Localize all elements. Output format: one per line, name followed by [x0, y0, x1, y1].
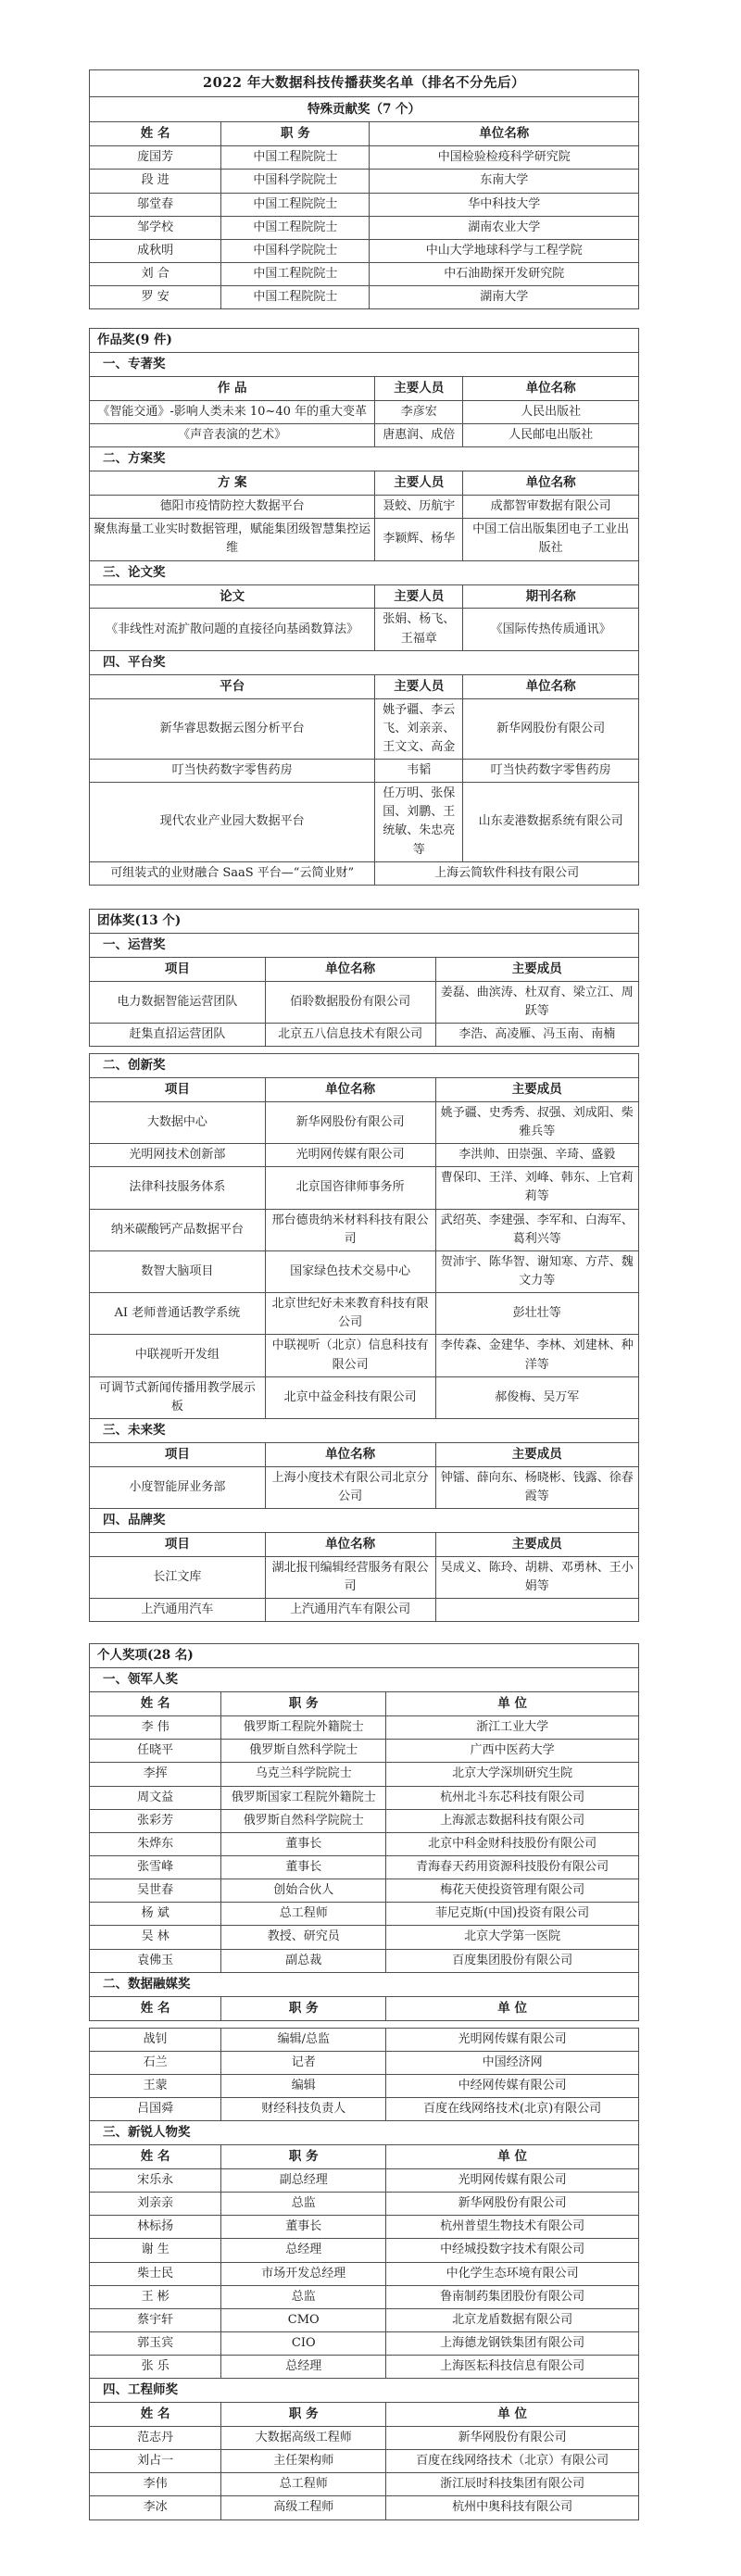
- cell-role: 俄罗斯自然科学院院士: [221, 1809, 386, 1832]
- cell-organization: 北京国咨律师事务所: [265, 1167, 435, 1209]
- cell-name: 范志丹: [90, 2427, 221, 2450]
- cell-project: 小度智能屏业务部: [90, 1466, 266, 1508]
- cell-organization: 中经城投数字技术有限公司: [386, 2239, 639, 2262]
- cell-role: 中国工程院院士: [221, 286, 370, 309]
- section-row: 一、领军人奖: [90, 1668, 639, 1692]
- data-row: 聚焦海量工业实时数据管理，赋能集团级智慧集控运维李颖辉、杨华中国工信出版集团电子…: [90, 519, 639, 560]
- individual-awards-block-2: 战钊编辑/总监光明网传媒有限公司石兰记者中国经济网王蒙编辑中经网传媒有限公司吕国…: [89, 2028, 639, 2520]
- data-row: 李挥乌克兰科学院院士北京大学深圳研究生院: [90, 1763, 639, 1786]
- cell-role: 教授、研究员: [221, 1926, 386, 1949]
- cell-organization: 上汽通用汽车有限公司: [265, 1599, 435, 1622]
- cell-project: 可调节式新闻传播用教学展示板: [90, 1376, 266, 1418]
- data-row: 中联视听开发组中联视听（北京）信息科技有限公司李传森、金建华、李林、刘建林、种洋…: [90, 1335, 639, 1376]
- special-contribution-awards-block-1: 2022 年大数据科技传播获奖名单（排名不分先后）特殊贡献奖（7 个）姓 名职 …: [89, 69, 639, 309]
- column-header-organization: 单位名称: [265, 1077, 435, 1101]
- cell-role: 俄罗斯国家工程院外籍院士: [221, 1786, 386, 1809]
- cell-people: 李彦宏: [375, 401, 463, 424]
- cell-name: 张 乐: [90, 2356, 221, 2379]
- cell-name: 刘 合: [90, 263, 221, 286]
- individual-awards-block-1: 个人奖项(28 名)一、领军人奖姓 名职 务单 位李 伟俄罗斯工程院外籍院士浙江…: [89, 1643, 639, 2020]
- column-header-role: 职 务: [221, 2145, 386, 2169]
- data-row: 李冰高级工程师杭州中奥科技有限公司: [90, 2496, 639, 2519]
- column-header-people: 主要人员: [375, 471, 463, 496]
- cell-organization: 鲁南制药集团股份有限公司: [386, 2285, 639, 2308]
- cell-role: 编辑: [221, 2074, 386, 2097]
- cell-work: 《智能交通》-影响人类未来 10~40 年的重大变革: [90, 401, 375, 424]
- data-row: 电力数据智能运营团队佰聆数据股份有限公司姜磊、曲滨涛、杜双育、梁立江、周跃等: [90, 981, 639, 1023]
- cell-organization: 人民邮电出版社: [463, 424, 639, 447]
- cell-people: 姚予疆、李云飞、刘亲亲、王文文、高金: [375, 698, 463, 759]
- section-row-text: 二、方案奖: [90, 447, 639, 471]
- cell-members: 姜磊、曲滨涛、杜双育、梁立江、周跃等: [435, 981, 638, 1023]
- cell-name: 柴士民: [90, 2262, 221, 2285]
- section-row: 三、论文奖: [90, 560, 639, 584]
- section-row-text: 一、专著奖: [90, 353, 639, 377]
- column-header-members: 主要成员: [435, 1442, 638, 1466]
- section-row: 二、数据融媒奖: [90, 1972, 639, 1996]
- header-row: 平台主要人员单位名称: [90, 674, 639, 698]
- cell-name: 庞国芳: [90, 146, 221, 170]
- cell-organization: 上海医耘科技信息有限公司: [386, 2356, 639, 2379]
- cell-name: 蔡宇轩: [90, 2308, 221, 2331]
- cell-name: 李冰: [90, 2496, 221, 2519]
- cell-organization: 山东麦港数据系统有限公司: [463, 783, 639, 862]
- data-row: 庞国芳中国工程院院士中国检验检疫科学研究院: [90, 146, 639, 170]
- section-row: 作品奖(9 件): [90, 329, 639, 353]
- cell-name: 朱烨东: [90, 1832, 221, 1855]
- column-header-organization: 单 位: [386, 2403, 639, 2427]
- cell-role: 中国工程院院士: [221, 216, 370, 239]
- data-row: 上汽通用汽车上汽通用汽车有限公司: [90, 1599, 639, 1622]
- cell-organization: 新华网股份有限公司: [265, 1101, 435, 1143]
- cell-name: 李挥: [90, 1763, 221, 1786]
- cell-name: 吕国舜: [90, 2097, 221, 2120]
- section-row: 二、方案奖: [90, 447, 639, 471]
- cell-members: 曹保印、王洋、刘峰、韩东、上官莉莉等: [435, 1167, 638, 1209]
- section-row: 团体奖(13 个): [90, 909, 639, 933]
- cell-name: 王 彬: [90, 2285, 221, 2308]
- cell-organization: 新华网股份有限公司: [386, 2193, 639, 2216]
- cell-people: 韦韬: [375, 760, 463, 783]
- data-row: 大数据中心新华网股份有限公司姚予疆、史秀秀、叔强、刘成阳、柴雅兵等: [90, 1101, 639, 1143]
- cell-name: 李伟: [90, 2473, 221, 2496]
- cell-role: 市场开发总经理: [221, 2262, 386, 2285]
- section-row: 一、运营奖: [90, 933, 639, 957]
- section-row: 四、平台奖: [90, 650, 639, 674]
- cell-organization: 国家绿色技术交易中心: [265, 1250, 435, 1292]
- section-row-text: 四、平台奖: [90, 650, 639, 674]
- section-row: 一、专著奖: [90, 353, 639, 377]
- cell-role: 副总经理: [221, 2168, 386, 2192]
- cell-role: 董事长: [221, 1855, 386, 1879]
- data-row: 柴士民市场开发总经理中化学生态环境有限公司: [90, 2262, 639, 2285]
- cell-members: 钟镭、薛向东、杨晓彬、钱露、徐春霞等: [435, 1466, 638, 1508]
- data-row: AI 老师普通话教学系统北京世纪好未来教育科技有限公司彭壮壮等: [90, 1293, 639, 1335]
- cell-members: 李传森、金建华、李林、刘建林、种洋等: [435, 1335, 638, 1376]
- column-header-organization: 单位名称: [370, 122, 639, 146]
- group-awards-block-1: 团体奖(13 个)一、运营奖项目单位名称主要成员电力数据智能运营团队佰聆数据股份…: [89, 909, 639, 1047]
- cell-project: 电力数据智能运营团队: [90, 981, 266, 1023]
- header-row: 项目单位名称主要成员: [90, 1442, 639, 1466]
- cell-name: 吴世春: [90, 1879, 221, 1903]
- cell-members: 武绍英、李建强、李军和、白海军、葛利兴等: [435, 1209, 638, 1250]
- cell-members: 郝俊梅、吴万军: [435, 1376, 638, 1418]
- section-row: 四、品牌奖: [90, 1509, 639, 1533]
- column-header-organization: 单位名称: [463, 377, 639, 401]
- individual-awards: 个人奖项(28 名)一、领军人奖姓 名职 务单 位李 伟俄罗斯工程院外籍院士浙江…: [89, 1643, 639, 2519]
- column-header-name: 姓 名: [90, 1996, 221, 2020]
- cell-name: 罗 安: [90, 286, 221, 309]
- cell-name: 林标扬: [90, 2216, 221, 2239]
- data-row: 赶集直招运营团队北京五八信息技术有限公司李浩、高凌雁、冯玉南、南楠: [90, 1023, 639, 1046]
- document-page: 2022 年大数据科技传播获奖名单（排名不分先后）特殊贡献奖（7 个）姓 名职 …: [0, 0, 741, 2576]
- cell-project: 赶集直招运营团队: [90, 1023, 266, 1046]
- column-header-work: 论文: [90, 584, 375, 609]
- cell-project: 光明网技术创新部: [90, 1144, 266, 1167]
- cell-role: 乌克兰科学院院士: [221, 1763, 386, 1786]
- works-awards: 作品奖(9 件)一、专著奖作 品主要人员单位名称《智能交通》-影响人类未来 10…: [89, 328, 639, 886]
- data-row: 蔡宇轩CMO北京龙盾数据有限公司: [90, 2308, 639, 2331]
- cell-organization: 北京五八信息技术有限公司: [265, 1023, 435, 1046]
- header-row: 作 品主要人员单位名称: [90, 377, 639, 401]
- cell-work: 叮当快药数字零售药房: [90, 760, 375, 783]
- cell-name: 段 进: [90, 170, 221, 193]
- column-header-role: 职 务: [221, 2403, 386, 2427]
- data-row: 张雪峰董事长青海春天药用资源科技股份有限公司: [90, 1855, 639, 1879]
- table-subtitle-row: 特殊贡献奖（7 个）: [90, 97, 639, 122]
- cell-role: 俄罗斯工程院外籍院士: [221, 1716, 386, 1740]
- cell-organization: 中石油勘探开发研究院: [370, 263, 639, 286]
- table-title-row-text: 2022 年大数据科技传播获奖名单（排名不分先后）: [90, 70, 639, 97]
- cell-role: 董事长: [221, 2216, 386, 2239]
- data-row: 可调节式新闻传播用教学展示板北京中益金科技有限公司郝俊梅、吴万军: [90, 1376, 639, 1418]
- column-header-role: 职 务: [221, 1996, 386, 2020]
- cell-organization: 人民出版社: [463, 401, 639, 424]
- cell-name: 王蒙: [90, 2074, 221, 2097]
- data-row: 任晓平俄罗斯自然科学院士广西中医药大学: [90, 1740, 639, 1763]
- cell-members: 姚予疆、史秀秀、叔强、刘成阳、柴雅兵等: [435, 1101, 638, 1143]
- cell-organization: 浙江工业大学: [386, 1716, 639, 1740]
- cell-name: 石兰: [90, 2051, 221, 2074]
- cell-organization: 北京中益金科技有限公司: [265, 1376, 435, 1418]
- header-row: 项目单位名称主要成员: [90, 957, 639, 981]
- cell-role: 总工程师: [221, 1903, 386, 1926]
- data-row: 小度智能屏业务部上海小度技术有限公司北京分公司钟镭、薛向东、杨晓彬、钱露、徐春霞…: [90, 1466, 639, 1508]
- cell-work: 聚焦海量工业实时数据管理，赋能集团级智慧集控运维: [90, 519, 375, 560]
- cell-name: 宋乐永: [90, 2168, 221, 2192]
- data-row: 林标扬董事长杭州普望生物技术有限公司: [90, 2216, 639, 2239]
- header-row: 姓 名职 务单 位: [90, 2403, 639, 2427]
- header-row: 项目单位名称主要成员: [90, 1077, 639, 1101]
- column-header-project: 项目: [90, 1442, 266, 1466]
- data-row: 长江文库湖北报刊编辑经营服务有限公司吴成义、陈玲、胡耕、邓勇林、王小娟等: [90, 1556, 639, 1598]
- cell-role: 大数据高级工程师: [221, 2427, 386, 2450]
- cell-role: 总监: [221, 2285, 386, 2308]
- data-row: 李伟总工程师浙江辰时科技集团有限公司: [90, 2473, 639, 2496]
- cell-role: 财经科技负责人: [221, 2097, 386, 2120]
- cell-organization: 上海派志数据科技有限公司: [386, 1809, 639, 1832]
- cell-role: 高级工程师: [221, 2496, 386, 2519]
- section-row-text: 个人奖项(28 名): [90, 1644, 639, 1668]
- data-row: 刘 合中国工程院院士中石油勘探开发研究院: [90, 263, 639, 286]
- column-header-people: 主要人员: [375, 584, 463, 609]
- section-row-text: 二、数据融媒奖: [90, 1972, 639, 1996]
- cell-organization: 中国检验检疫科学研究院: [370, 146, 639, 170]
- cell-organization: 佰聆数据股份有限公司: [265, 981, 435, 1023]
- cell-organization: 梅花天使投资管理有限公司: [386, 1879, 639, 1903]
- cell-name: 杨 斌: [90, 1903, 221, 1926]
- cell-name: 袁佛玉: [90, 1949, 221, 1972]
- cell-organization: 光明网传媒有限公司: [265, 1144, 435, 1167]
- section-row-text: 一、运营奖: [90, 933, 639, 957]
- cell-name: 刘亲亲: [90, 2193, 221, 2216]
- cell-role: 创始合伙人: [221, 1879, 386, 1903]
- cell-members: 李洪帅、田崇强、辛琦、盛毅: [435, 1144, 638, 1167]
- cell-role: 俄罗斯自然科学院士: [221, 1740, 386, 1763]
- data-row: 叮当快药数字零售药房韦韬叮当快药数字零售药房: [90, 760, 639, 783]
- cell-organization: 新华网股份有限公司: [463, 698, 639, 759]
- cell-organization: 成都智审数据有限公司: [463, 496, 639, 519]
- data-row: 法律科技服务体系北京国咨律师事务所曹保印、王洋、刘峰、韩东、上官莉莉等: [90, 1167, 639, 1209]
- cell-project: 法律科技服务体系: [90, 1167, 266, 1209]
- cell-role: 中国科学院院士: [221, 170, 370, 193]
- cell-work: 新华睿思数据云图分析平台: [90, 698, 375, 759]
- cell-organization: 中经网传媒有限公司: [386, 2074, 639, 2097]
- data-row: 宋乐永副总经理光明网传媒有限公司: [90, 2168, 639, 2192]
- cell-organization: 华中科技大学: [370, 193, 639, 216]
- cell-name: 谢 生: [90, 2239, 221, 2262]
- section-row-text: 四、品牌奖: [90, 1509, 639, 1533]
- data-row: 《智能交通》-影响人类未来 10~40 年的重大变革李彦宏人民出版社: [90, 401, 639, 424]
- cell-organization: 光明网传媒有限公司: [386, 2168, 639, 2192]
- cell-organization: 叮当快药数字零售药房: [463, 760, 639, 783]
- data-row: 石兰记者中国经济网: [90, 2051, 639, 2074]
- data-row: 张 乐总经理上海医耘科技信息有限公司: [90, 2356, 639, 2379]
- cell-organization: 北京中科金财科技股份有限公司: [386, 1832, 639, 1855]
- cell-organization: 百度集团股份有限公司: [386, 1949, 639, 1972]
- cell-organization: 中山大学地球科学与工程学院: [370, 239, 639, 262]
- cell-project: 数智大脑项目: [90, 1250, 266, 1292]
- cell-role: 主任架构师: [221, 2450, 386, 2473]
- cell-organization: 湖北报刊编辑经营服务有限公司: [265, 1556, 435, 1598]
- column-header-organization: 单位名称: [265, 1442, 435, 1466]
- column-header-project: 项目: [90, 1077, 266, 1101]
- column-header-members: 主要成员: [435, 1533, 638, 1557]
- cell-project: 大数据中心: [90, 1101, 266, 1143]
- cell-people: 唐惠润、成倍: [375, 424, 463, 447]
- group-awards-block-2: 二、创新奖项目单位名称主要成员大数据中心新华网股份有限公司姚予疆、史秀秀、叔强、…: [89, 1053, 639, 1622]
- cell-name: 战钊: [90, 2028, 221, 2051]
- data-row: 罗 安中国工程院院士湖南大学: [90, 286, 639, 309]
- column-header-name: 姓 名: [90, 2403, 221, 2427]
- data-row: 王 彬总监鲁南制药集团股份有限公司: [90, 2285, 639, 2308]
- header-row: 姓 名职 务单位名称: [90, 122, 639, 146]
- section-row-text: 四、工程师奖: [90, 2379, 639, 2403]
- cell-name: 张雪峰: [90, 1855, 221, 1879]
- cell-organization: 浙江辰时科技集团有限公司: [386, 2473, 639, 2496]
- cell-organization: 广西中医药大学: [386, 1740, 639, 1763]
- column-header-work: 方 案: [90, 471, 375, 496]
- data-row: 李 伟俄罗斯工程院外籍院士浙江工业大学: [90, 1716, 639, 1740]
- cell-people: 李颖辉、杨华: [375, 519, 463, 560]
- header-row: 项目单位名称主要成员: [90, 1533, 639, 1557]
- cell-project: AI 老师普通话教学系统: [90, 1293, 266, 1335]
- table-subtitle-row-text: 特殊贡献奖（7 个）: [90, 97, 639, 122]
- cell-organization: 中国经济网: [386, 2051, 639, 2074]
- data-row: 谢 生总经理中经城投数字技术有限公司: [90, 2239, 639, 2262]
- data-row: 可组装式的业财融合 SaaS 平台—“云简业财”上海云简软件科技有限公司: [90, 861, 639, 885]
- cell-name: 吴 林: [90, 1926, 221, 1949]
- cell-role: 总监: [221, 2193, 386, 2216]
- cell-members: 彭壮壮等: [435, 1293, 638, 1335]
- section-row-text: 一、领军人奖: [90, 1668, 639, 1692]
- data-row: 邹学校中国工程院院士湖南农业大学: [90, 216, 639, 239]
- cell-organization: 新华网股份有限公司: [386, 2427, 639, 2450]
- cell-work: 《非线性对流扩散问题的直接径向基函数算法》: [90, 609, 375, 650]
- cell-project: 中联视听开发组: [90, 1335, 266, 1376]
- data-row: 《非线性对流扩散问题的直接径向基函数算法》张娟、杨飞、王福章《国际传热传质通讯》: [90, 609, 639, 650]
- cell-role: 总经理: [221, 2356, 386, 2379]
- data-row: 新华睿思数据云图分析平台姚予疆、李云飞、刘亲亲、王文文、高金新华网股份有限公司: [90, 698, 639, 759]
- cell-project: 长江文库: [90, 1556, 266, 1598]
- cell-role: 中国工程院院士: [221, 146, 370, 170]
- data-row: 现代农业产业园大数据平台任万明、张保国、刘鹏、王统敏、朱忠亮等山东麦港数据系统有…: [90, 783, 639, 862]
- column-header-organization: 单 位: [386, 1996, 639, 2020]
- cell-role: 中国工程院院士: [221, 263, 370, 286]
- works-awards-block-1: 作品奖(9 件)一、专著奖作 品主要人员单位名称《智能交通》-影响人类未来 10…: [89, 328, 639, 886]
- column-header-work: 作 品: [90, 377, 375, 401]
- column-header-organization: 期刊名称: [463, 584, 639, 609]
- data-row: 范志丹大数据高级工程师新华网股份有限公司: [90, 2427, 639, 2450]
- award-tables-root: 2022 年大数据科技传播获奖名单（排名不分先后）特殊贡献奖（7 个）姓 名职 …: [89, 69, 639, 2520]
- cell-organization: 杭州北斗东芯科技有限公司: [386, 1786, 639, 1809]
- column-header-members: 主要成员: [435, 1077, 638, 1101]
- cell-project: 纳米碳酸钙产品数据平台: [90, 1209, 266, 1250]
- cell-name: 邹学校: [90, 216, 221, 239]
- data-row: 吴 林教授、研究员北京大学第一医院: [90, 1926, 639, 1949]
- section-row-text: 团体奖(13 个): [90, 909, 639, 933]
- cell-members: 李浩、高凌雁、冯玉南、南楠: [435, 1023, 638, 1046]
- cell-people: 任万明、张保国、刘鹏、王统敏、朱忠亮等: [375, 783, 463, 862]
- section-row: 个人奖项(28 名): [90, 1644, 639, 1668]
- data-row: 数智大脑项目国家绿色技术交易中心贺沛宇、陈华智、谢知寒、方芹、魏文力等: [90, 1250, 639, 1292]
- column-header-organization: 单 位: [386, 2145, 639, 2169]
- column-header-name: 姓 名: [90, 1692, 221, 1716]
- data-row: 郭玉宾CIO上海德龙钢铁集团有限公司: [90, 2331, 639, 2355]
- header-row: 姓 名职 务单 位: [90, 1692, 639, 1716]
- cell-role: 副总裁: [221, 1949, 386, 1972]
- cell-name: 张彩芳: [90, 1809, 221, 1832]
- cell-organization: 《国际传热传质通讯》: [463, 609, 639, 650]
- section-row-text: 作品奖(9 件): [90, 329, 639, 353]
- column-header-people: 主要人员: [375, 674, 463, 698]
- cell-role: 中国工程院院士: [221, 193, 370, 216]
- section-row-text: 二、创新奖: [90, 1054, 639, 1078]
- cell-organization: 中国工信出版集团电子工业出版社: [463, 519, 639, 560]
- cell-organization: 北京龙盾数据有限公司: [386, 2308, 639, 2331]
- data-row: 刘亲亲总监新华网股份有限公司: [90, 2193, 639, 2216]
- column-header-organization: 单 位: [386, 1692, 639, 1716]
- cell-role: 中国科学院院士: [221, 239, 370, 262]
- cell-work: 德阳市疫情防控大数据平台: [90, 496, 375, 519]
- section-row: 三、新锐人物奖: [90, 2121, 639, 2145]
- cell-work: 现代农业产业园大数据平台: [90, 783, 375, 862]
- cell-organization: 东南大学: [370, 170, 639, 193]
- cell-role: 编辑/总监: [221, 2028, 386, 2051]
- data-row: 杨 斌总工程师菲尼克斯(中国)投资有限公司: [90, 1903, 639, 1926]
- section-row: 四、工程师奖: [90, 2379, 639, 2403]
- cell-organization: 光明网传媒有限公司: [386, 2028, 639, 2051]
- data-row: 段 进中国科学院院士东南大学: [90, 170, 639, 193]
- column-header-project: 项目: [90, 1533, 266, 1557]
- cell-organization: 北京大学第一医院: [386, 1926, 639, 1949]
- cell-organization: 北京大学深圳研究生院: [386, 1763, 639, 1786]
- cell-name: 李 伟: [90, 1716, 221, 1740]
- cell-project: 上汽通用汽车: [90, 1599, 266, 1622]
- data-row: 邬堂春中国工程院院士华中科技大学: [90, 193, 639, 216]
- data-row: 王蒙编辑中经网传媒有限公司: [90, 2074, 639, 2097]
- header-row: 方 案主要人员单位名称: [90, 471, 639, 496]
- column-header-role: 职 务: [221, 122, 370, 146]
- cell-people: 聂蛟、历航宇: [375, 496, 463, 519]
- column-header-members: 主要成员: [435, 957, 638, 981]
- cell-name: 郭玉宾: [90, 2331, 221, 2355]
- cell-role: 总经理: [221, 2239, 386, 2262]
- column-header-organization: 单位名称: [265, 1533, 435, 1557]
- cell-name: 刘占一: [90, 2450, 221, 2473]
- cell-role: CIO: [221, 2331, 386, 2355]
- cell-role: 记者: [221, 2051, 386, 2074]
- section-row-text: 三、未来奖: [90, 1418, 639, 1442]
- data-row: 战钊编辑/总监光明网传媒有限公司: [90, 2028, 639, 2051]
- cell-role: 董事长: [221, 1832, 386, 1855]
- column-header-role: 职 务: [221, 1692, 386, 1716]
- column-header-work: 平台: [90, 674, 375, 698]
- data-row: 德阳市疫情防控大数据平台聂蛟、历航宇成都智审数据有限公司: [90, 496, 639, 519]
- column-header-organization: 单位名称: [463, 471, 639, 496]
- cell-organization: 湖南大学: [370, 286, 639, 309]
- data-row: 吴世春创始合伙人梅花天使投资管理有限公司: [90, 1879, 639, 1903]
- cell-organization: 上海小度技术有限公司北京分公司: [265, 1466, 435, 1508]
- data-row: 刘占一主任架构师百度在线网络技术（北京）有限公司: [90, 2450, 639, 2473]
- cell-organization: 百度在线网络技术（北京）有限公司: [386, 2450, 639, 2473]
- column-header-project: 项目: [90, 957, 266, 981]
- data-row: 成秋明中国科学院院士中山大学地球科学与工程学院: [90, 239, 639, 262]
- cell-work: 《声音表演的艺术》: [90, 424, 375, 447]
- cell-people: 上海云简软件科技有限公司: [375, 861, 639, 885]
- group-awards: 团体奖(13 个)一、运营奖项目单位名称主要成员电力数据智能运营团队佰聆数据股份…: [89, 909, 639, 1623]
- cell-organization: 北京世纪好未来教育科技有限公司: [265, 1293, 435, 1335]
- cell-organization: 百度在线网络技术(北京)有限公司: [386, 2097, 639, 2120]
- column-header-name: 姓 名: [90, 122, 221, 146]
- section-row: 二、创新奖: [90, 1054, 639, 1078]
- column-header-name: 姓 名: [90, 2145, 221, 2169]
- column-header-organization: 单位名称: [463, 674, 639, 698]
- header-row: 姓 名职 务单 位: [90, 1996, 639, 2020]
- data-row: 吕国舜财经科技负责人百度在线网络技术(北京)有限公司: [90, 2097, 639, 2120]
- data-row: 张彩芳俄罗斯自然科学院院士上海派志数据科技有限公司: [90, 1809, 639, 1832]
- header-row: 姓 名职 务单 位: [90, 2145, 639, 2169]
- table-title-row: 2022 年大数据科技传播获奖名单（排名不分先后）: [90, 70, 639, 97]
- cell-members: [435, 1599, 638, 1622]
- data-row: 纳米碳酸钙产品数据平台邢台德贵纳米材料科技有限公司武绍英、李建强、李军和、白海军…: [90, 1209, 639, 1250]
- cell-organization: 菲尼克斯(中国)投资有限公司: [386, 1903, 639, 1926]
- section-row: 三、未来奖: [90, 1418, 639, 1442]
- cell-name: 任晓平: [90, 1740, 221, 1763]
- cell-role: CMO: [221, 2308, 386, 2331]
- cell-organization: 中联视听（北京）信息科技有限公司: [265, 1335, 435, 1376]
- cell-name: 周文益: [90, 1786, 221, 1809]
